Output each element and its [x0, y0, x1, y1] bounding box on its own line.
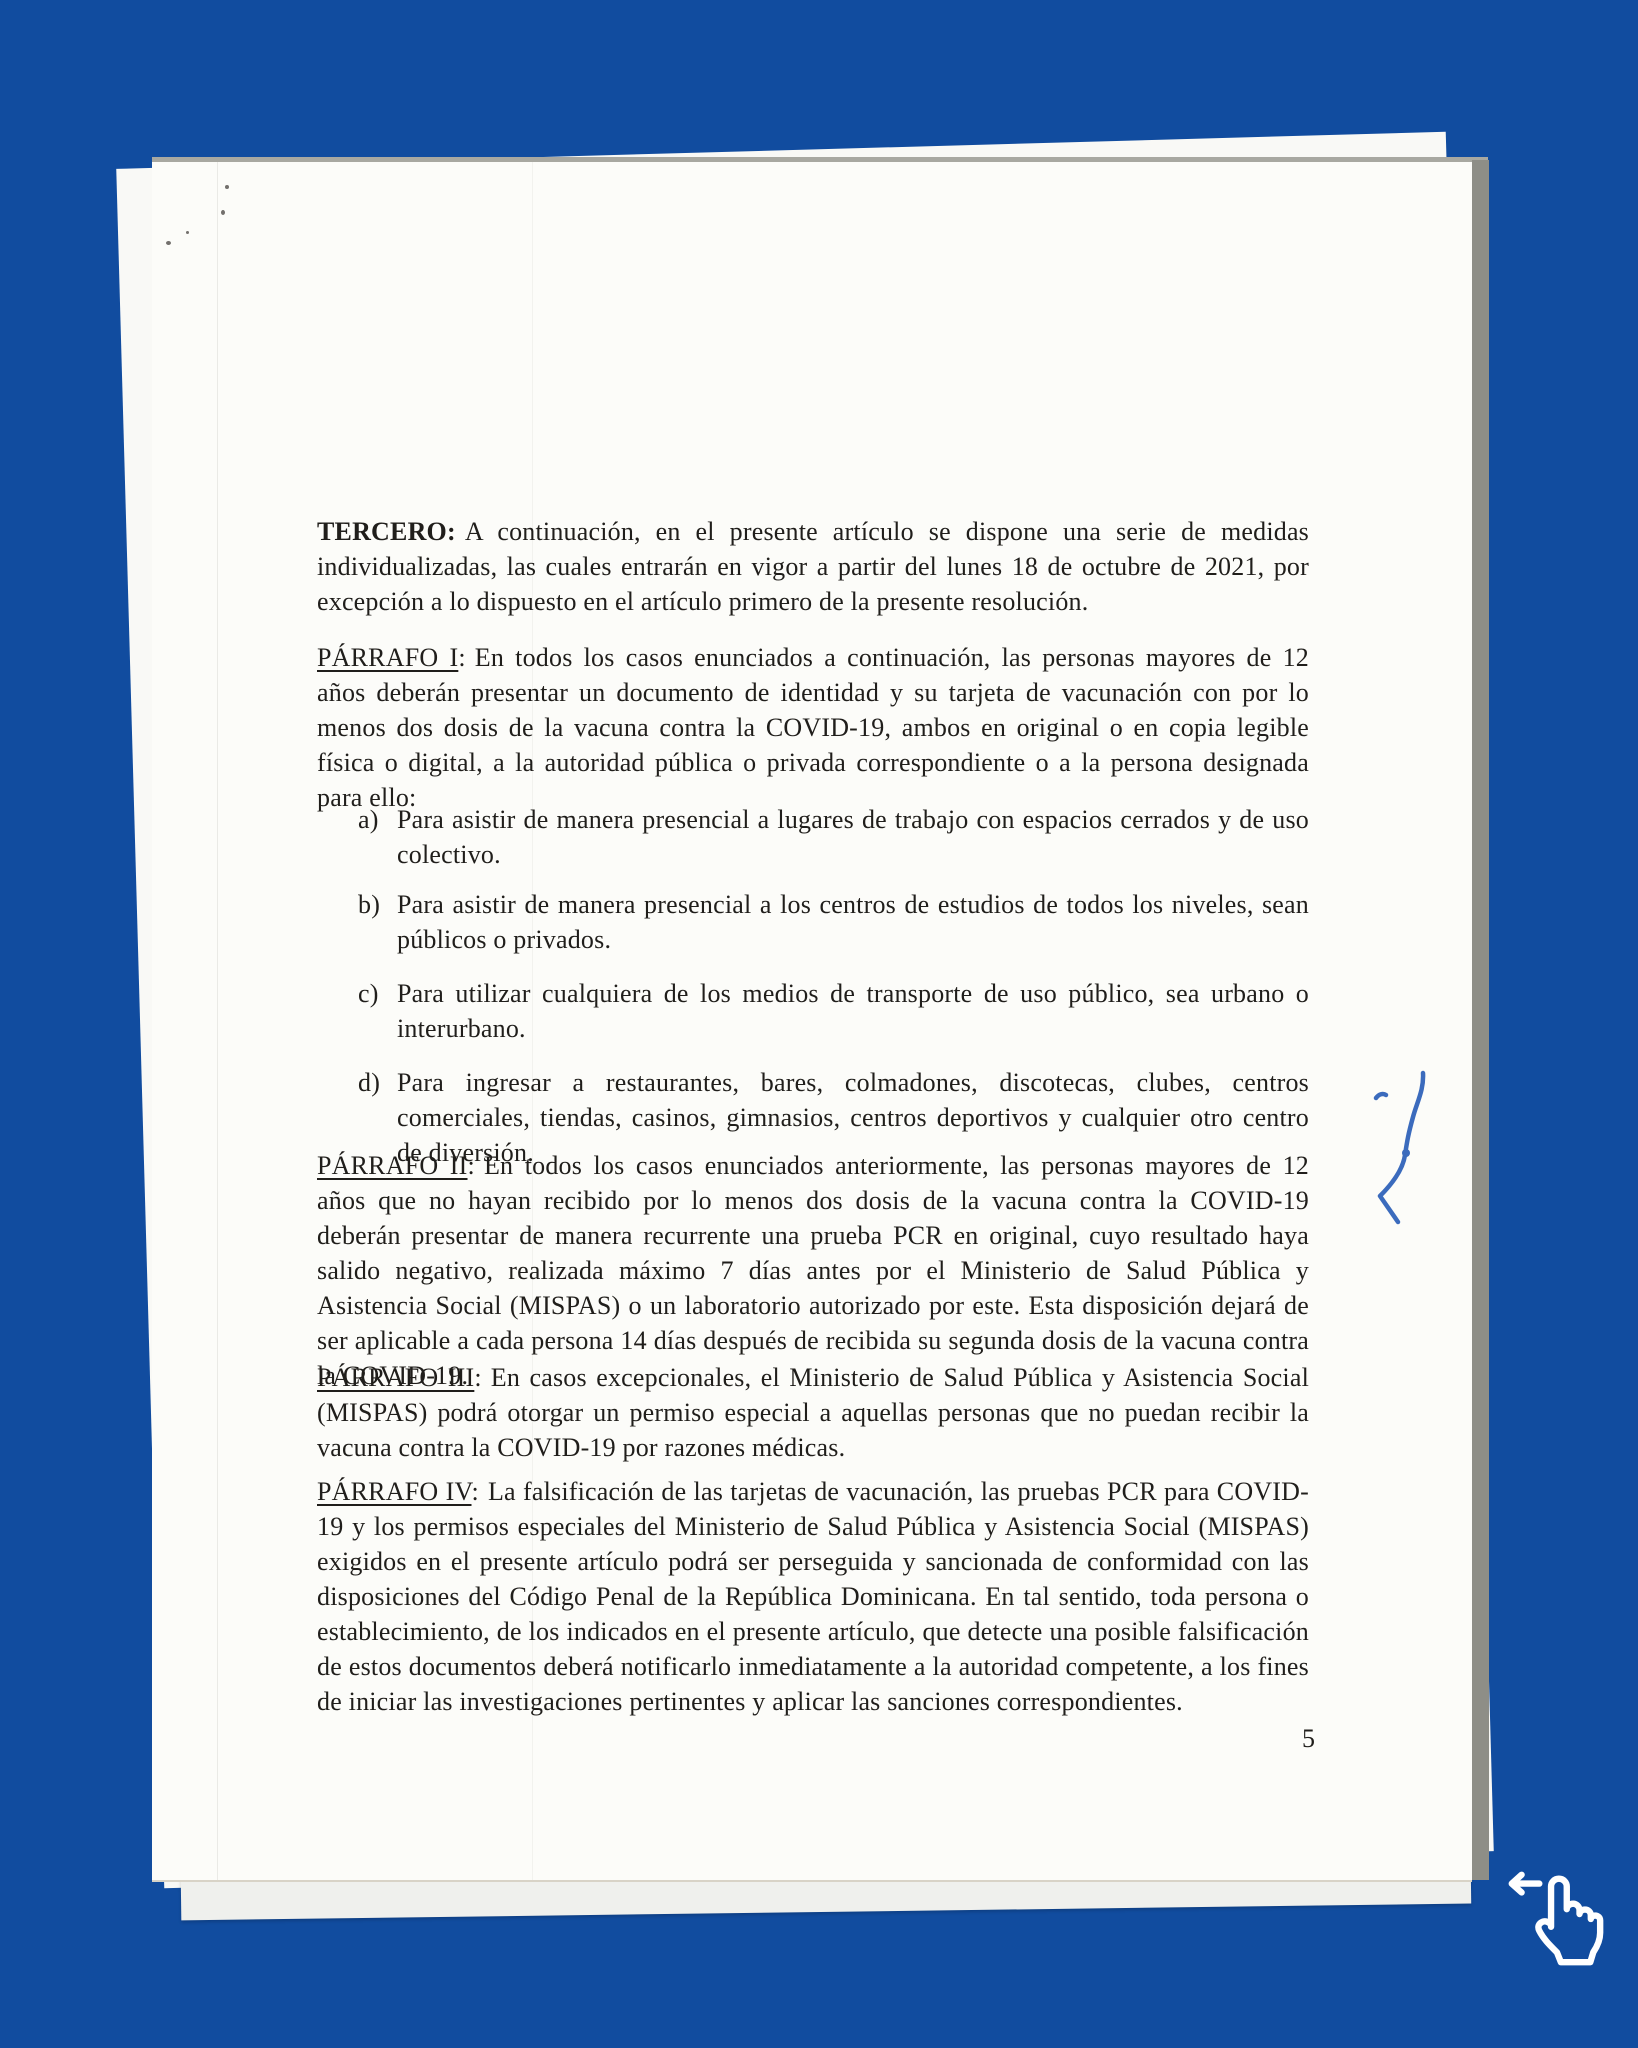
paragraph-label: PÁRRAFO II: [317, 1151, 468, 1180]
page-edge-shadow-right: [1472, 160, 1489, 1880]
paragraph-label-colon: :: [474, 1363, 490, 1392]
list-item-text: Para asistir de manera presencial a los …: [397, 887, 1309, 957]
page-crease-line: [217, 162, 218, 1880]
scan-photo-background: TERCERO:A continuación, en el presente a…: [0, 0, 1638, 2048]
list-marker: b): [358, 887, 380, 922]
paragraph-label-colon: :: [458, 643, 474, 672]
scan-speck: [225, 185, 229, 189]
list-item-text: Para asistir de manera presencial a luga…: [397, 802, 1309, 872]
list-item-b: b) Para asistir de manera presencial a l…: [317, 887, 1309, 957]
paragraph-tercero: TERCERO:A continuación, en el presente a…: [317, 514, 1309, 619]
list-marker: c): [358, 976, 379, 1011]
pen-check-annotation-icon: [1362, 1062, 1452, 1237]
paragraph-parrafo-3: PÁRRAFO III:En casos excepcionales, el M…: [317, 1360, 1309, 1465]
scan-speck: [221, 210, 225, 215]
paragraph-label-colon: :: [447, 517, 465, 546]
scan-speck: [166, 241, 171, 245]
paragraph-text: A continuación, en el presente artículo …: [317, 517, 1309, 616]
list-item-c: c) Para utilizar cualquiera de los medio…: [317, 976, 1309, 1046]
paragraph-text: La falsificación de las tarjetas de vacu…: [317, 1477, 1309, 1716]
list-marker: a): [358, 802, 379, 837]
scan-speck: [186, 231, 189, 234]
paragraph-label-colon: :: [472, 1477, 488, 1506]
list-item-a: a) Para asistir de manera presencial a l…: [317, 802, 1309, 872]
list-item-text: Para utilizar cualquiera de los medios d…: [397, 976, 1309, 1046]
swipe-left-hand-icon[interactable]: [1500, 1862, 1608, 1970]
paragraph-parrafo-1: PÁRRAFO I:En todos los casos enunciados …: [317, 640, 1309, 815]
paragraph-parrafo-2: PÁRRAFO II:En todos los casos enunciados…: [317, 1148, 1309, 1393]
paragraph-label: PÁRRAFO I: [317, 643, 458, 672]
paragraph-label: TERCERO: [317, 517, 447, 546]
paragraph-label: PÁRRAFO III: [317, 1363, 474, 1392]
list-marker: d): [358, 1065, 380, 1100]
paragraph-text: En todos los casos enunciados anteriorme…: [317, 1151, 1309, 1390]
document-page: TERCERO:A continuación, en el presente a…: [152, 162, 1472, 1882]
paragraph-parrafo-4: PÁRRAFO IV:La falsificación de las tarje…: [317, 1474, 1309, 1719]
paragraph-label-colon: :: [468, 1151, 484, 1180]
page-number: 5: [1302, 1724, 1315, 1754]
paragraph-label: PÁRRAFO IV: [317, 1477, 472, 1506]
